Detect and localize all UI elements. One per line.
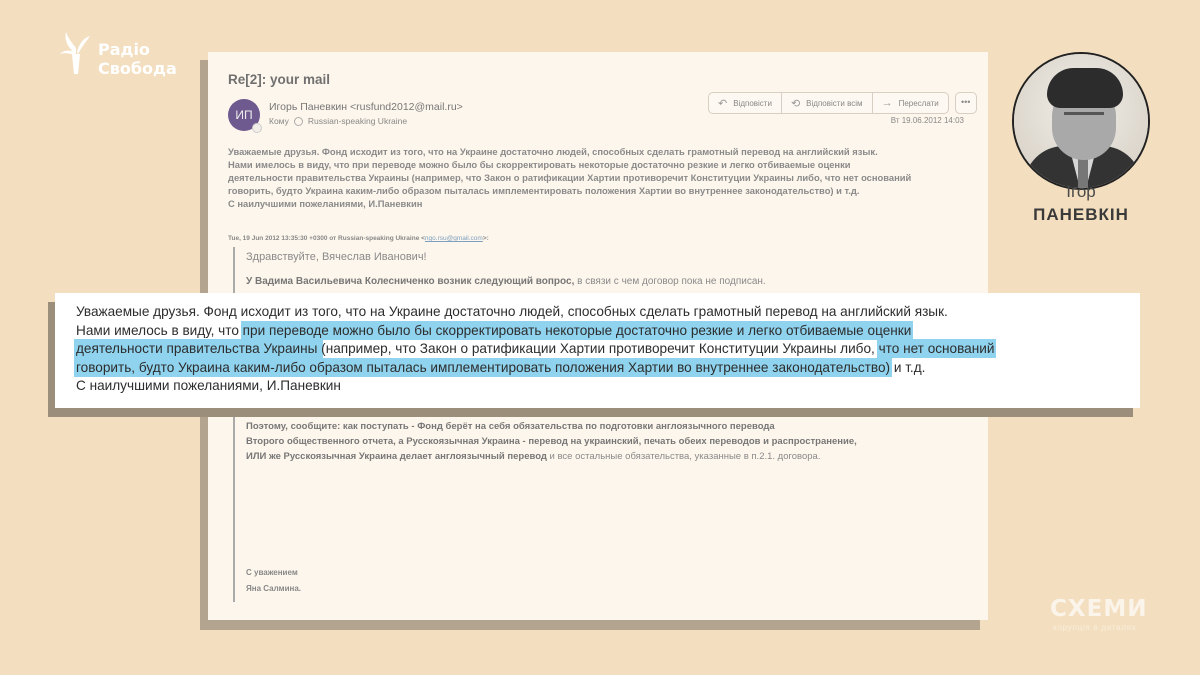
highlighted-text: говорить, будто Украина каким-либо образ…: [76, 360, 890, 375]
avatar-initials: ИП: [235, 108, 252, 122]
quote-paragraph: Поэтому, сообщите: как поступать - Фонд …: [246, 419, 857, 464]
forward-arrow-icon: →: [882, 97, 893, 109]
sender-address[interactable]: Игорь Паневкин <rusfund2012@mail.ru>: [269, 101, 463, 113]
forward-button[interactable]: → Переслати: [873, 93, 948, 113]
reply-all-label: Відповісти всім: [806, 99, 862, 108]
body-line: деятельности правительства Украины (напр…: [228, 171, 968, 184]
body-line: Уважаемые друзья. Фонд исходит из того, …: [228, 145, 968, 158]
action-button-group: ↶ Відповісти ⟲ Відповісти всім → Пересла…: [708, 92, 949, 114]
highlighted-text: при переводе можно было бы скорректирова…: [243, 323, 912, 338]
torch-icon: [60, 28, 94, 76]
quote-sender-link[interactable]: ngo.rsu@gmail.com: [425, 235, 483, 242]
schemes-tagline: корупція в деталях: [1053, 622, 1136, 632]
email-date: Вт 19.06.2012 14:03: [891, 116, 964, 125]
email-subject: Re[2]: your mail: [228, 72, 330, 87]
highlight-popup: Уважаемые друзья. Фонд исходит из того, …: [55, 293, 1140, 408]
quote-question: У Вадима Васильевича Колесниченко возник…: [246, 276, 766, 287]
quote-greeting: Здравствуйте, Вячеслав Иванович!: [246, 251, 427, 263]
popup-line: говорить, будто Украина каким-либо образ…: [76, 359, 1140, 378]
more-options-button[interactable]: •••: [955, 92, 977, 114]
recipient-line: Кому Russian-speaking Ukraine: [269, 116, 407, 126]
status-dot-icon: [252, 123, 262, 133]
person-portrait: [1012, 52, 1150, 190]
sender-avatar[interactable]: ИП: [228, 99, 260, 131]
to-label: Кому: [269, 116, 289, 126]
recipient-name[interactable]: Russian-speaking Ukraine: [308, 116, 407, 126]
reply-icon: ↶: [718, 97, 727, 110]
body-line: С наилучшими пожеланиями, И.Паневкин: [228, 197, 968, 210]
person-last-name: ПАНЕВКІН: [1012, 205, 1150, 225]
more-dots-icon: •••: [961, 97, 970, 107]
highlighted-text: что нет оснований: [879, 341, 995, 356]
body-line: Нами имелось в виду, что при переводе мо…: [228, 158, 968, 171]
popup-line: С наилучшими пожеланиями, И.Паневкин: [76, 377, 1140, 396]
radio-svoboda-logo: Радіо Свобода: [60, 28, 177, 78]
reply-button[interactable]: ↶ Відповісти: [709, 93, 782, 113]
person-first-name: Ігор: [1012, 182, 1150, 202]
quote-header: Tue, 19 Jun 2012 13:35:30 +0300 от Russi…: [228, 235, 489, 242]
body-line: говорить, будто Украина каким-либо образ…: [228, 184, 968, 197]
popup-line: Нами имелось в виду, что при переводе мо…: [76, 322, 1140, 341]
email-actions: ↶ Відповісти ⟲ Відповісти всім → Пересла…: [708, 92, 977, 114]
logo-line1: Радіо: [98, 40, 177, 59]
reply-all-button[interactable]: ⟲ Відповісти всім: [782, 93, 873, 113]
logo-line2: Свобода: [98, 59, 177, 78]
reply-all-icon: ⟲: [791, 97, 800, 110]
popup-line: Уважаемые друзья. Фонд исходит из того, …: [76, 303, 1140, 322]
schemes-logo: СХЕМИ: [1050, 596, 1147, 622]
reply-label: Відповісти: [733, 99, 772, 108]
forward-label: Переслати: [899, 99, 939, 108]
email-body: Уважаемые друзья. Фонд исходит из того, …: [228, 145, 968, 210]
quote-signature: С уважением Яна Салмина.: [246, 565, 301, 597]
recipient-status-icon: [294, 117, 303, 126]
popup-line: деятельности правительства Украины (напр…: [76, 340, 1140, 359]
highlighted-text: деятельности правительства Украины: [76, 341, 321, 356]
